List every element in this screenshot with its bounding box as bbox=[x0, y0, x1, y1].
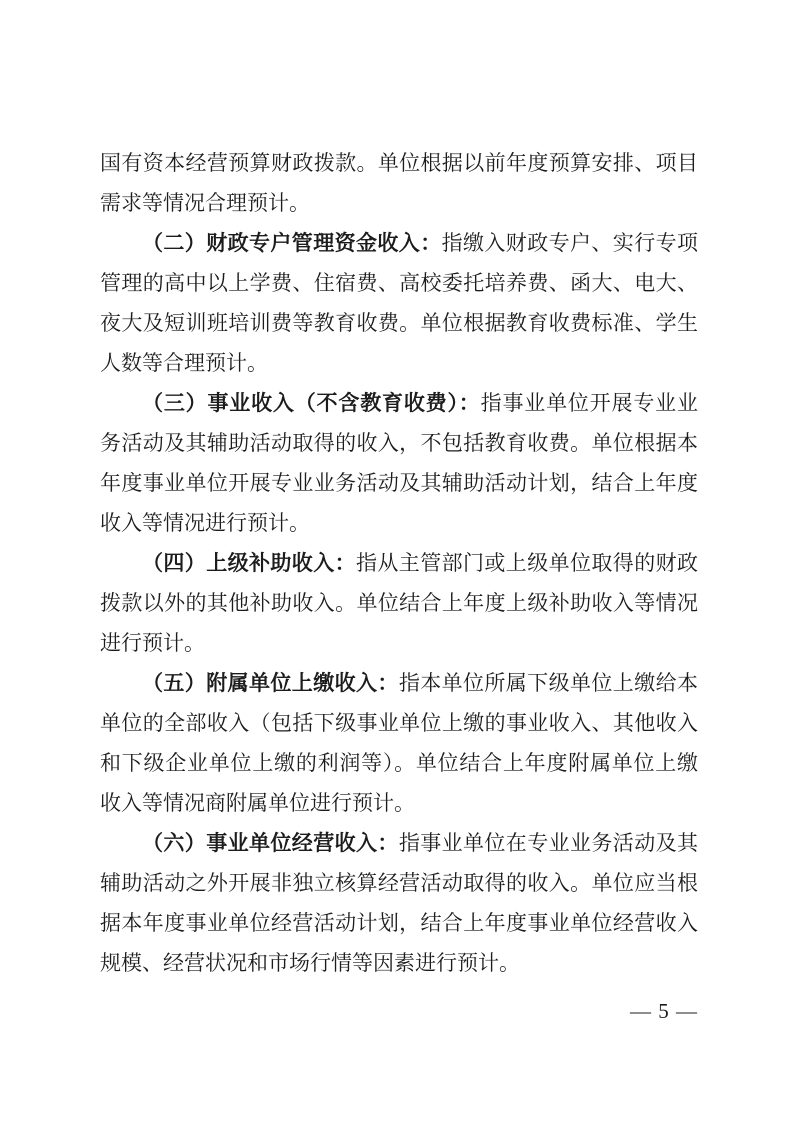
paragraph-text: 国有资本经营预算财政拨款。单位根据以前年度预算安排、项目需求等情况合理预计。 bbox=[100, 151, 698, 215]
document-page: 国有资本经营预算财政拨款。单位根据以前年度预算安排、项目需求等情况合理预计。 （… bbox=[0, 0, 794, 1123]
page-number: — 5 — bbox=[630, 997, 698, 1025]
paragraph-section-3: （三）事业收入（不含教育收费）：指事业单位开展专业业务活动及其辅助活动取得的收入… bbox=[100, 383, 698, 543]
paragraph-section-6: （六）事业单位经营收入：指事业单位在专业业务活动及其辅助活动之外开展非独立核算经… bbox=[100, 823, 698, 983]
document-body: 国有资本经营预算财政拨款。单位根据以前年度预算安排、项目需求等情况合理预计。 （… bbox=[100, 143, 698, 983]
paragraph-section-2: （二）财政专户管理资金收入：指缴入财政专户、实行专项管理的高中以上学费、住宿费、… bbox=[100, 223, 698, 383]
paragraph-lead: （五）附属单位上缴收入： bbox=[142, 671, 399, 695]
paragraph-lead: （三）事业收入（不含教育收费）： bbox=[142, 391, 481, 415]
paragraph-lead: （六）事业单位经营收入： bbox=[142, 831, 399, 855]
paragraph-lead: （二）财政专户管理资金收入： bbox=[142, 231, 442, 255]
paragraph-section-5: （五）附属单位上缴收入：指本单位所属下级单位上缴给本单位的全部收入（包括下级事业… bbox=[100, 663, 698, 823]
paragraph-lead: （四）上级补助收入： bbox=[142, 551, 356, 575]
paragraph-continuation: 国有资本经营预算财政拨款。单位根据以前年度预算安排、项目需求等情况合理预计。 bbox=[100, 143, 698, 223]
paragraph-section-4: （四）上级补助收入：指从主管部门或上级单位取得的财政拨款以外的其他补助收入。单位… bbox=[100, 543, 698, 663]
